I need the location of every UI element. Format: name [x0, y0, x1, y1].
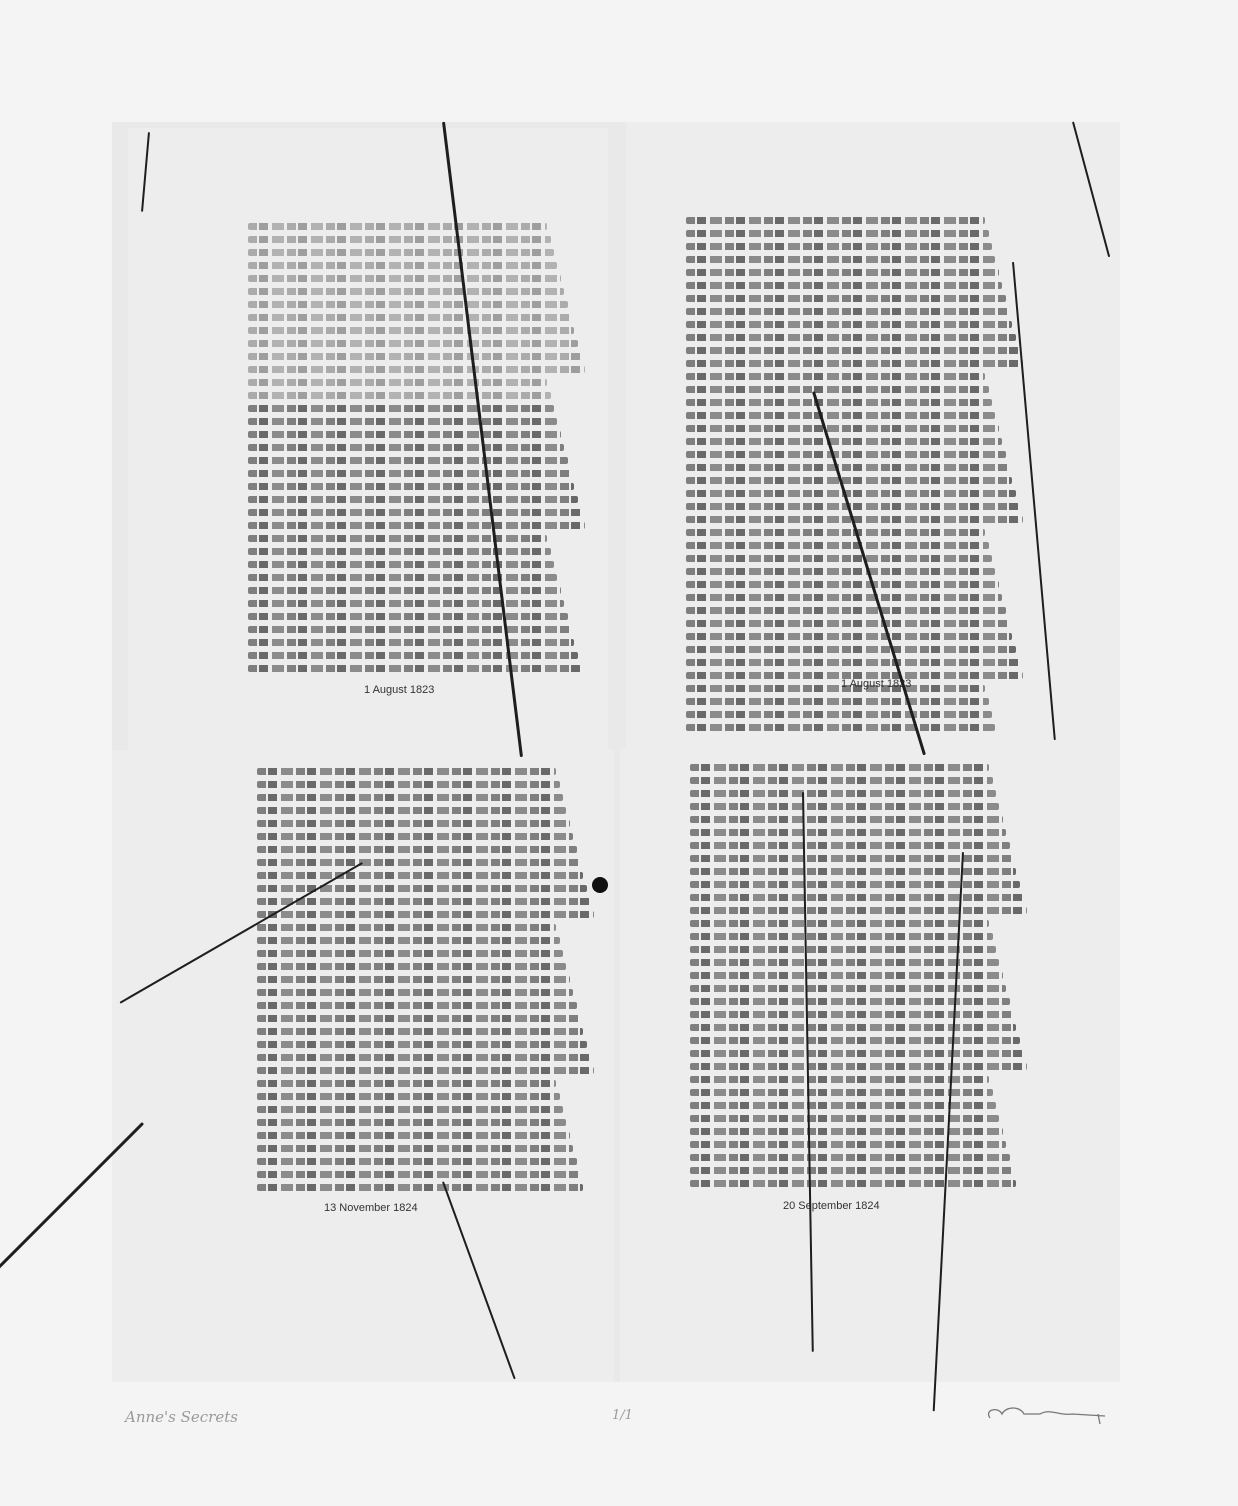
handwriting-line: [248, 613, 568, 620]
handwriting-line: [248, 509, 581, 516]
handwriting-line: [257, 1015, 580, 1022]
handwriting-line: [690, 803, 999, 810]
handwriting-line: [690, 1076, 989, 1083]
handwriting-line: [686, 685, 985, 692]
handwriting-line: [248, 639, 574, 646]
handwriting-line: [686, 659, 1019, 666]
handwriting-line: [257, 950, 563, 957]
handwriting-line: [690, 1063, 1027, 1070]
handwriting-line: [248, 561, 554, 568]
handwriting-line: [686, 438, 1002, 445]
handwriting-line: [248, 223, 547, 230]
handwriting-line: [690, 998, 1010, 1005]
handwriting-line: [690, 777, 993, 784]
handwriting-line: [690, 842, 1010, 849]
handwriting-line: [248, 262, 557, 269]
handwriting-line: [257, 989, 573, 996]
handwriting-line: [686, 217, 985, 224]
handwriting-line: [686, 711, 992, 718]
handwriting-line: [257, 859, 580, 866]
handwriting-line: [248, 652, 578, 659]
handwriting-line: [257, 794, 563, 801]
handwriting-line: [690, 1011, 1013, 1018]
handwriting-line: [248, 275, 561, 282]
handwriting-line: [257, 833, 573, 840]
handwriting-line: [257, 1184, 583, 1191]
handwriting-line: [690, 868, 1016, 875]
handwriting-line: [690, 790, 996, 797]
handwriting-line: [257, 1093, 560, 1100]
handwriting-line: [248, 470, 571, 477]
handwriting-line: [248, 600, 564, 607]
manuscript-text-block: [690, 764, 1030, 1193]
handwriting-line: [248, 379, 547, 386]
handwriting-line: [686, 308, 1009, 315]
handwriting-line: [686, 477, 1012, 484]
handwriting-line: [248, 288, 564, 295]
handwriting-line: [257, 820, 570, 827]
handwriting-line: [248, 548, 551, 555]
manuscript-text-block: [257, 768, 597, 1197]
handwriting-line: [248, 301, 568, 308]
handwriting-line: [257, 963, 566, 970]
handwriting-line: [257, 1106, 563, 1113]
handwriting-line: [248, 353, 581, 360]
handwriting-line: [686, 568, 995, 575]
handwriting-line: [690, 907, 1027, 914]
handwriting-line: [248, 340, 578, 347]
handwriting-line: [690, 1128, 1003, 1135]
handwriting-line: [686, 620, 1009, 627]
handwriting-line: [257, 1158, 577, 1165]
handwriting-line: [248, 626, 571, 633]
handwriting-line: [257, 1067, 594, 1074]
handwriting-line: [690, 855, 1013, 862]
handwriting-line: [248, 249, 554, 256]
print-area: 1 August 1823 1 August 1823 13 November …: [112, 122, 1120, 1382]
handwriting-line: [690, 1141, 1006, 1148]
handwriting-line: [248, 457, 568, 464]
panel-caption: 20 September 1824: [783, 1200, 880, 1212]
handwriting-line: [686, 282, 1002, 289]
handwriting-line: [257, 924, 556, 931]
handwriting-line: [690, 920, 989, 927]
handwriting-line: [686, 256, 995, 263]
handwriting-line: [690, 1050, 1023, 1057]
handwriting-line: [248, 444, 564, 451]
handwriting-line: [690, 894, 1023, 901]
handwriting-line: [257, 885, 587, 892]
manuscript-text-block: [248, 223, 588, 678]
handwriting-line: [686, 646, 1016, 653]
handwriting-line: [686, 321, 1012, 328]
handwriting-line: [257, 781, 560, 788]
panel-caption: 13 November 1824: [324, 1202, 418, 1214]
handwriting-line: [257, 1171, 580, 1178]
manuscript-text-block: [686, 217, 1026, 737]
handwriting-line: [686, 347, 1019, 354]
handwriting-line: [686, 698, 989, 705]
handwriting-line: [257, 976, 570, 983]
handwriting-line: [248, 522, 585, 529]
handwriting-line: [690, 881, 1020, 888]
handwriting-line: [257, 872, 583, 879]
handwriting-line: [686, 503, 1019, 510]
edition-number: 1/1: [612, 1408, 633, 1423]
handwriting-line: [690, 1115, 999, 1122]
handwriting-line: [686, 373, 985, 380]
handwriting-line: [686, 412, 995, 419]
handwriting-line: [257, 1002, 577, 1009]
handwriting-line: [690, 1089, 993, 1096]
handwriting-line: [686, 594, 1002, 601]
handwriting-line: [690, 1024, 1016, 1031]
handwriting-line: [690, 1037, 1020, 1044]
handwriting-line: [686, 555, 992, 562]
handwriting-line: [248, 587, 561, 594]
handwriting-line: [690, 1167, 1013, 1174]
handwriting-line: [248, 236, 551, 243]
handwriting-line: [248, 496, 578, 503]
handwriting-line: [686, 425, 999, 432]
handwriting-line: [690, 933, 993, 940]
handwriting-line: [686, 230, 989, 237]
handwriting-line: [257, 1145, 573, 1152]
handwriting-line: [248, 327, 574, 334]
handwriting-line: [690, 959, 999, 966]
handwriting-line: [690, 946, 996, 953]
handwriting-line: [257, 1132, 570, 1139]
handwriting-line: [690, 985, 1006, 992]
panel-bottom-left: 13 November 1824: [112, 750, 614, 1382]
handwriting-line: [686, 243, 992, 250]
handwriting-line: [686, 295, 1006, 302]
handwriting-line: [686, 581, 999, 588]
handwriting-line: [686, 542, 989, 549]
handwriting-line: [257, 1028, 583, 1035]
handwriting-line: [686, 464, 1009, 471]
handwriting-line: [248, 431, 561, 438]
handwriting-line: [686, 451, 1006, 458]
panel-bottom-right: 20 September 1824: [620, 748, 1120, 1382]
handwriting-line: [686, 724, 995, 731]
handwriting-line: [248, 366, 585, 373]
handwriting-line: [248, 535, 547, 542]
handwriting-line: [686, 360, 1023, 367]
artist-signature: [980, 1400, 1120, 1430]
panel-top-left: 1 August 1823: [128, 128, 608, 750]
handwriting-line: [248, 665, 581, 672]
handwriting-line: [248, 392, 551, 399]
handwriting-line: [686, 529, 985, 536]
handwriting-line: [248, 418, 557, 425]
handwriting-line: [257, 846, 577, 853]
handwriting-line: [686, 633, 1012, 640]
handwriting-line: [257, 1080, 556, 1087]
handwriting-line: [686, 334, 1016, 341]
handwriting-line: [690, 829, 1006, 836]
handwriting-line: [248, 574, 557, 581]
handwriting-line: [248, 314, 571, 321]
handwriting-line: [248, 405, 554, 412]
handwriting-line: [690, 1180, 1016, 1187]
title-inscription: Anne's Secrets: [125, 1408, 238, 1426]
handwriting-line: [248, 483, 574, 490]
handwriting-line: [686, 269, 999, 276]
handwriting-line: [686, 607, 1006, 614]
handwriting-line: [690, 764, 989, 771]
handwriting-line: [686, 386, 989, 393]
handwriting-line: [686, 399, 992, 406]
handwriting-line: [257, 807, 566, 814]
handwriting-line: [690, 1154, 1010, 1161]
handwriting-line: [686, 490, 1016, 497]
ink-dot: [592, 877, 608, 893]
handwriting-line: [257, 1054, 590, 1061]
panel-caption: 1 August 1823: [364, 684, 434, 696]
handwriting-line: [690, 816, 1003, 823]
handwriting-line: [257, 768, 556, 775]
handwriting-line: [257, 1041, 587, 1048]
handwriting-line: [257, 1119, 566, 1126]
handwriting-line: [257, 911, 594, 918]
handwriting-line: [257, 898, 590, 905]
handwriting-line: [257, 937, 560, 944]
